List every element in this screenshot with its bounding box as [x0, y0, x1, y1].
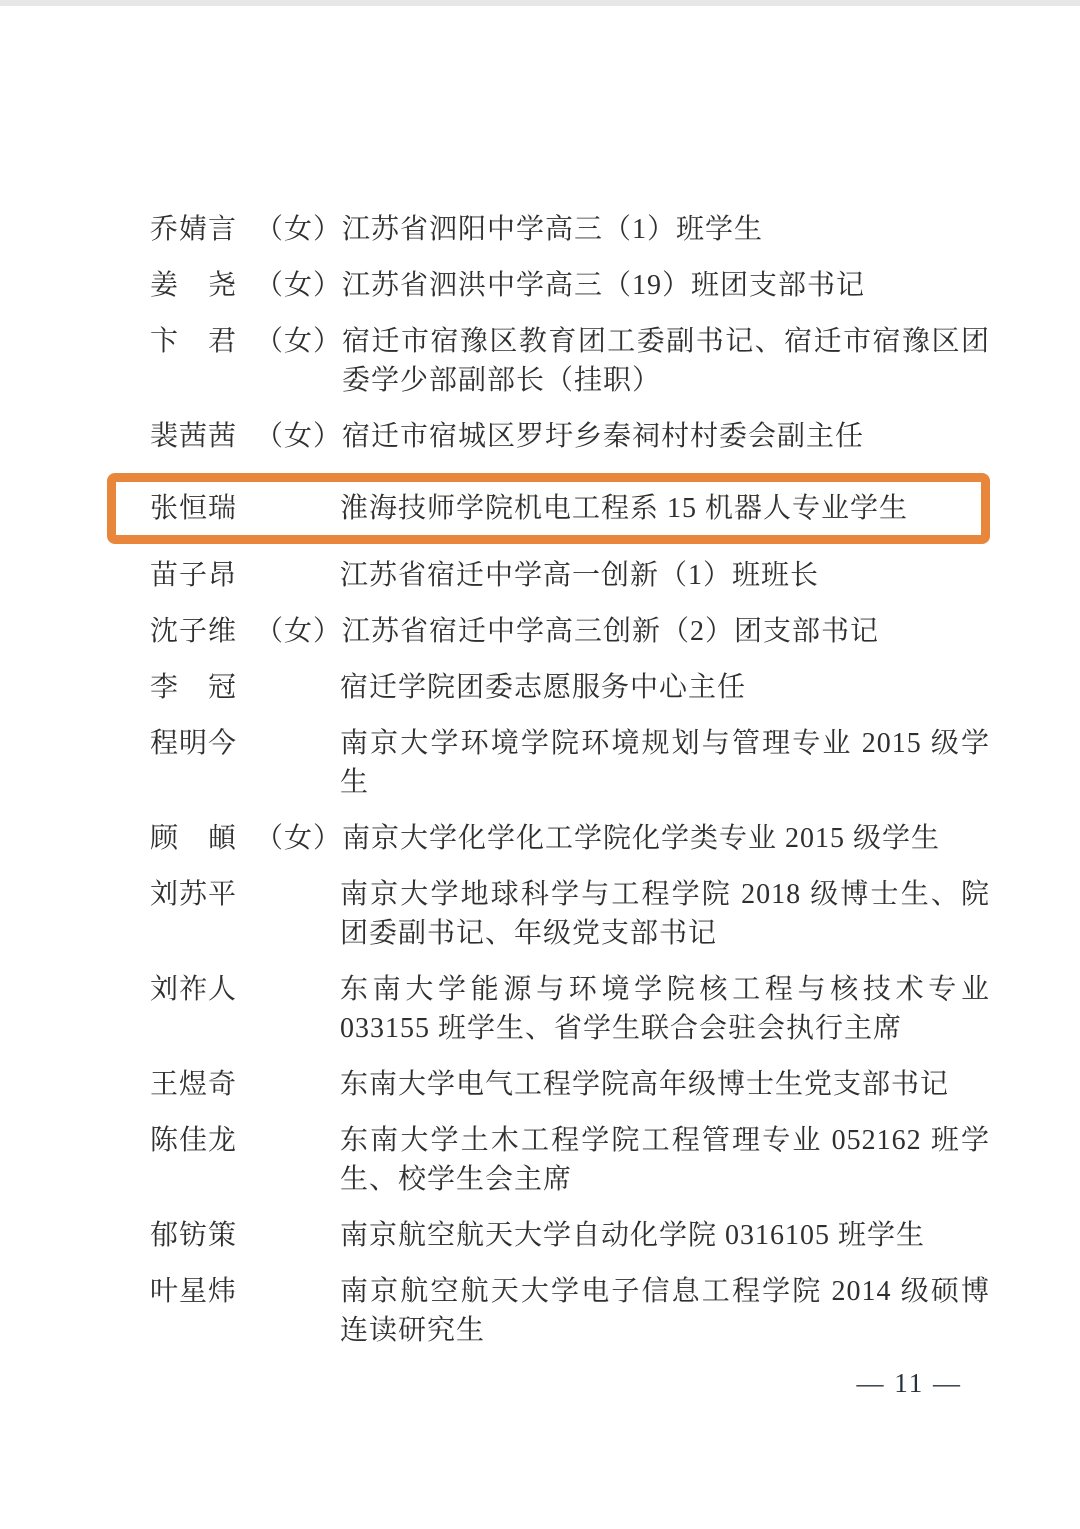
person-name: 郁钫策	[150, 1216, 255, 1255]
person-title: 东南大学土木工程学院工程管理专业 052162 班学生、校学生会主席	[340, 1121, 990, 1199]
person-title: 江苏省宿迁中学高三创新（2）团支部书记	[342, 612, 990, 651]
gender-label: （女）	[255, 819, 342, 858]
roster-entry: 王煜奇东南大学电气工程学院高年级博士生党支部书记	[150, 1065, 990, 1104]
person-name: 姜 尧	[150, 266, 255, 305]
roster-entry: 裴茜茜（女）宿迁市宿城区罗圩乡秦祠村村委会副主任	[150, 417, 990, 456]
roster-entry: 郁钫策南京航空航天大学自动化学院 0316105 班学生	[150, 1216, 990, 1255]
gender-label: （女）	[255, 322, 342, 361]
person-name: 沈子维	[150, 612, 255, 651]
person-title: 南京航空航天大学电子信息工程学院 2014 级硕博连读研究生	[340, 1272, 990, 1350]
person-name: 程明今	[150, 724, 255, 763]
person-name: 刘苏平	[150, 875, 255, 914]
person-name: 裴茜茜	[150, 417, 255, 456]
person-title: 江苏省宿迁中学高一创新（1）班班长	[340, 556, 990, 595]
page-number: — 11 —	[857, 1368, 963, 1398]
roster-list: 乔婧言（女）江苏省泗阳中学高三（1）班学生姜 尧（女）江苏省泗洪中学高三（19）…	[0, 210, 1080, 1367]
page-top-edge	[0, 0, 1080, 6]
roster-entry: 苗子昂江苏省宿迁中学高一创新（1）班班长	[150, 556, 990, 595]
person-title: 南京航空航天大学自动化学院 0316105 班学生	[340, 1216, 990, 1255]
person-title: 宿迁市宿城区罗圩乡秦祠村村委会副主任	[342, 417, 990, 456]
roster-entry-highlighted: 张恒瑞淮海技师学院机电工程系 15 机器人专业学生	[107, 473, 990, 544]
person-title: 宿迁市宿豫区教育团工委副书记、宿迁市宿豫区团委学少部副部长（挂职）	[342, 322, 990, 400]
gender-label: （女）	[255, 266, 342, 305]
person-title: 南京大学化学化工学院化学类专业 2015 级学生	[342, 819, 990, 858]
person-title: 淮海技师学院机电工程系 15 机器人专业学生	[340, 489, 971, 528]
page-footer: — 11 —	[0, 1368, 1080, 1399]
document-page: 乔婧言（女）江苏省泗阳中学高三（1）班学生姜 尧（女）江苏省泗洪中学高三（19）…	[0, 0, 1080, 1529]
person-name: 陈佳龙	[150, 1121, 255, 1160]
person-name: 刘祚人	[150, 970, 255, 1009]
roster-entry: 李 冠宿迁学院团委志愿服务中心主任	[150, 668, 990, 707]
person-title: 江苏省泗洪中学高三（19）班团支部书记	[342, 266, 990, 305]
roster-entry: 陈佳龙东南大学土木工程学院工程管理专业 052162 班学生、校学生会主席	[150, 1121, 990, 1199]
person-title: 宿迁学院团委志愿服务中心主任	[340, 668, 990, 707]
roster-entry: 卞 君（女）宿迁市宿豫区教育团工委副书记、宿迁市宿豫区团委学少部副部长（挂职）	[150, 322, 990, 400]
person-title: 南京大学地球科学与工程学院 2018 级博士生、院团委副书记、年级党支部书记	[340, 875, 990, 953]
gender-label: （女）	[255, 210, 342, 249]
gender-label: （女）	[255, 417, 342, 456]
roster-entry: 刘祚人东南大学能源与环境学院核工程与核技术专业 033155 班学生、省学生联合…	[150, 970, 990, 1048]
roster-entry: 程明今南京大学环境学院环境规划与管理专业 2015 级学生	[150, 724, 990, 802]
roster-entry: 叶星炜南京航空航天大学电子信息工程学院 2014 级硕博连读研究生	[150, 1272, 990, 1350]
roster-entry: 沈子维（女）江苏省宿迁中学高三创新（2）团支部书记	[150, 612, 990, 651]
person-name: 顾 頔	[150, 819, 255, 858]
person-title: 东南大学电气工程学院高年级博士生党支部书记	[340, 1065, 990, 1104]
roster-entry: 顾 頔（女）南京大学化学化工学院化学类专业 2015 级学生	[150, 819, 990, 858]
person-name: 叶星炜	[150, 1272, 255, 1311]
person-name: 乔婧言	[150, 210, 255, 249]
person-name: 张恒瑞	[150, 489, 255, 528]
person-title: 江苏省泗阳中学高三（1）班学生	[342, 210, 990, 249]
person-name: 苗子昂	[150, 556, 255, 595]
gender-label: （女）	[255, 612, 342, 651]
person-name: 王煜奇	[150, 1065, 255, 1104]
roster-entry: 乔婧言（女）江苏省泗阳中学高三（1）班学生	[150, 210, 990, 249]
person-title: 南京大学环境学院环境规划与管理专业 2015 级学生	[340, 724, 990, 802]
roster-entry: 姜 尧（女）江苏省泗洪中学高三（19）班团支部书记	[150, 266, 990, 305]
person-name: 李 冠	[150, 668, 255, 707]
person-name: 卞 君	[150, 322, 255, 361]
person-title: 东南大学能源与环境学院核工程与核技术专业 033155 班学生、省学生联合会驻会…	[340, 970, 990, 1048]
roster-entry: 刘苏平南京大学地球科学与工程学院 2018 级博士生、院团委副书记、年级党支部书…	[150, 875, 990, 953]
